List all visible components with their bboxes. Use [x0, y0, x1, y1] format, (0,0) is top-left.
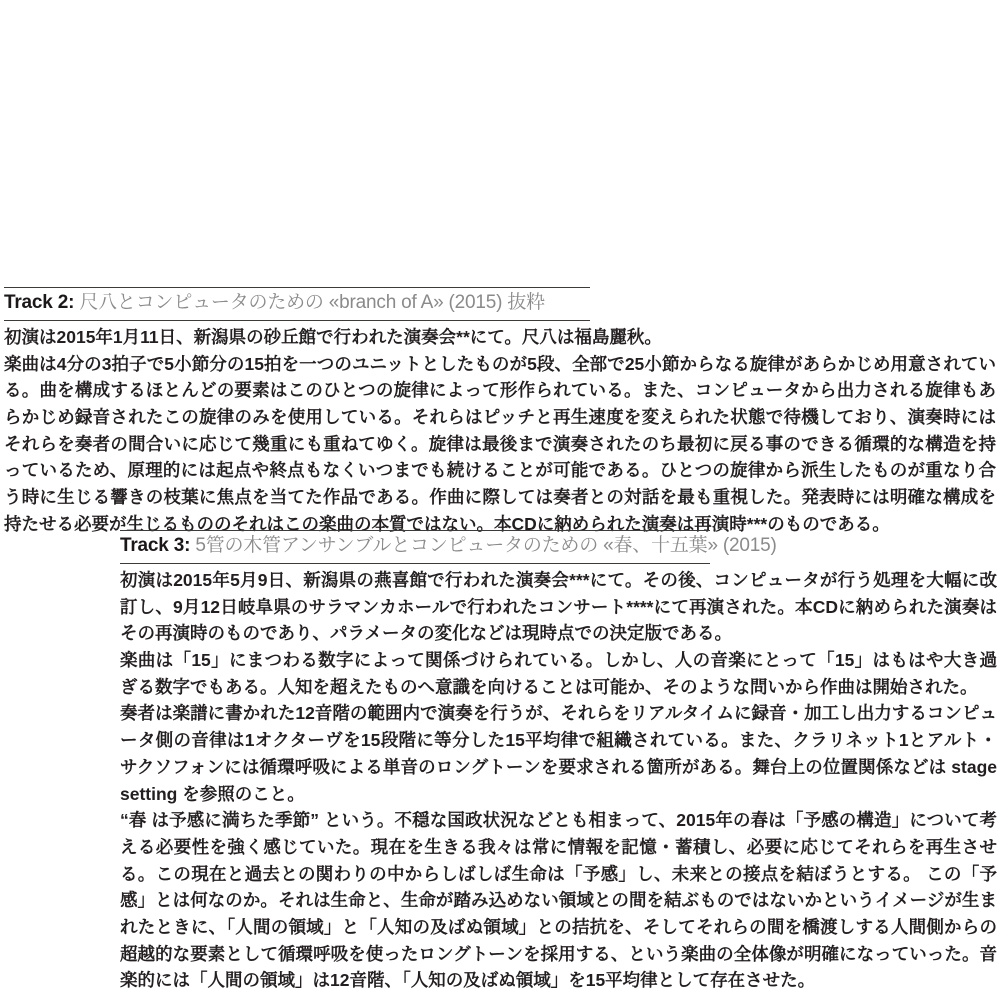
track2-body: 初演は2015年1月11日、新潟県の砂丘館で行われた演奏会**にて。尺八は福島麗… — [4, 324, 996, 538]
track3-paragraph-fifteen: 楽曲は「15」にまつわる数字によって関係づけられている。しかし、人の音楽にとって… — [120, 647, 997, 700]
track2-heading: Track 2: 尺八とコンピュータのための «branch of A» (20… — [4, 287, 590, 321]
track2-paragraph-description: 楽曲は4分の3拍子で5小節分の15拍を一つのユニットとしたものが5段、全部で25… — [4, 351, 996, 538]
track3-paragraph-tuning: 奏者は楽譜に書かれた12音階の範囲内で演奏を行うが、それらをリアルタイムに録音・… — [120, 700, 997, 807]
liner-notes-page: Track 2: 尺八とコンピュータのための «branch of A» (20… — [0, 0, 1000, 1000]
track2-paragraph-premiere: 初演は2015年1月11日、新潟県の砂丘館で行われた演奏会**にて。尺八は福島麗… — [4, 324, 996, 351]
track3-label: Track 3: — [120, 535, 190, 556]
track3-title: 5管の木管アンサンブルとコンピュータのための «春、十五葉» (2015) — [195, 535, 776, 556]
track3-body: 初演は2015年5月9日、新潟県の燕喜館で行われた演奏会***にて。その後、コン… — [120, 567, 997, 994]
track3-paragraph-spring: “春 は予感に満ちた季節” という。不穏な国政状況などとも相まって、2015年の… — [120, 807, 997, 994]
track2-label: Track 2: — [4, 292, 74, 313]
track2-section: Track 2: 尺八とコンピュータのための «branch of A» (20… — [4, 287, 996, 538]
track3-section: Track 3: 5管の木管アンサンブルとコンピュータのための «春、十五葉» … — [120, 530, 997, 994]
track2-title: 尺八とコンピュータのための «branch of A» (2015) 抜粋 — [79, 292, 545, 313]
track3-heading: Track 3: 5管の木管アンサンブルとコンピュータのための «春、十五葉» … — [120, 530, 710, 564]
track3-paragraph-premiere: 初演は2015年5月9日、新潟県の燕喜館で行われた演奏会***にて。その後、コン… — [120, 567, 997, 647]
